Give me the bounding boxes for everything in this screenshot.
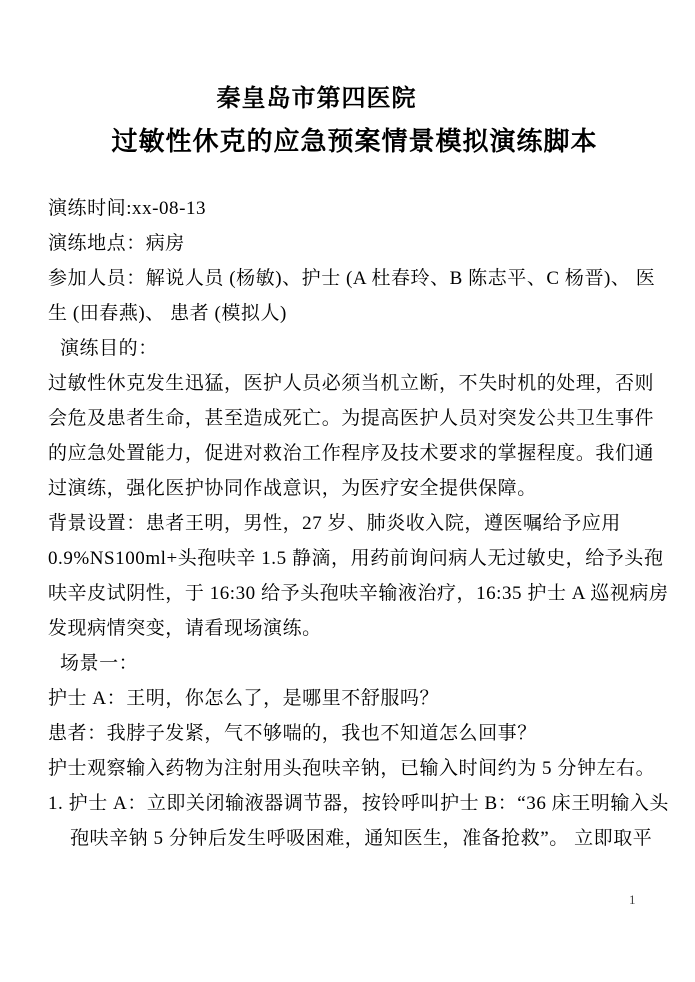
document-page: 秦皇岛市第四医院 过敏性休克的应急预案情景模拟演练脚本 演练时间:xx-08-1…: [0, 0, 695, 982]
text-line-purpose-3: 的应急处置能力，促进对救治工作程序及技术要求的掌握程度。我们通: [48, 436, 639, 471]
text-line-drill-time: 演练时间:xx-08-13: [48, 191, 639, 226]
text-line-background-1: 背景设置：患者王明，男性，27 岁、肺炎收入院，遵医嘱给予应用: [48, 506, 639, 541]
text-line-purpose-label: 演练目的：: [48, 331, 639, 366]
text-line-dialog-nurse-a: 护士 A：王明，你怎么了，是哪里不舒服吗？: [48, 681, 639, 716]
text-line-step1-2: 孢呋辛钠 5 分钟后发生呼吸困难，通知医生，准备抢救”。 立即取平: [48, 821, 639, 856]
text-line-purpose-2: 会危及患者生命，甚至造成死亡。为提高医护人员对突发公共卫生事件: [48, 401, 639, 436]
document-title: 秦皇岛市第四医院: [21, 84, 612, 114]
text-line-observation: 护士观察输入药物为注射用头孢呋辛钠，已输入时间约为 5 分钟左右。: [48, 751, 639, 786]
text-line-step1-1: 1. 护士 A：立即关闭输液器调节器，按铃呼叫护士 B：“36 床王明输入头: [48, 786, 639, 821]
text-line-drill-location: 演练地点：病房: [48, 226, 639, 261]
text-line-purpose-4: 过演练，强化医护协同作战意识，为医疗安全提供保障。: [48, 471, 639, 506]
text-line-purpose-1: 过敏性休克发生迅猛，医护人员必须当机立断，不失时机的处理，否则: [48, 366, 639, 401]
text-line-dialog-patient: 患者：我脖子发紧，气不够喘的，我也不知道怎么回事？: [48, 716, 639, 751]
text-line-participants-2: 生 (田春燕)、 患者 (模拟人): [48, 296, 639, 331]
document-body: 演练时间:xx-08-13 演练地点：病房 参加人员：解说人员 (杨敏)、护士 …: [48, 191, 639, 856]
text-line-background-2: 0.9%NS100ml+头孢呋辛 1.5 静滴，用药前询问病人无过敏史，给予头孢: [48, 541, 639, 576]
text-line-background-3: 呋辛皮试阴性，于 16:30 给予头孢呋辛输液治疗，16:35 护士 A 巡视病…: [48, 576, 639, 611]
text-line-participants-1: 参加人员：解说人员 (杨敏)、护士 (A 杜春玲、B 陈志平、C 杨晋)、 医: [48, 261, 639, 296]
document-subtitle: 过敏性休克的应急预案情景模拟演练脚本: [59, 126, 650, 158]
text-line-scene-label: 场景一：: [48, 646, 639, 681]
page-number: 1: [629, 892, 636, 908]
text-line-background-4: 发现病情突变，请看现场演练。: [48, 611, 639, 646]
